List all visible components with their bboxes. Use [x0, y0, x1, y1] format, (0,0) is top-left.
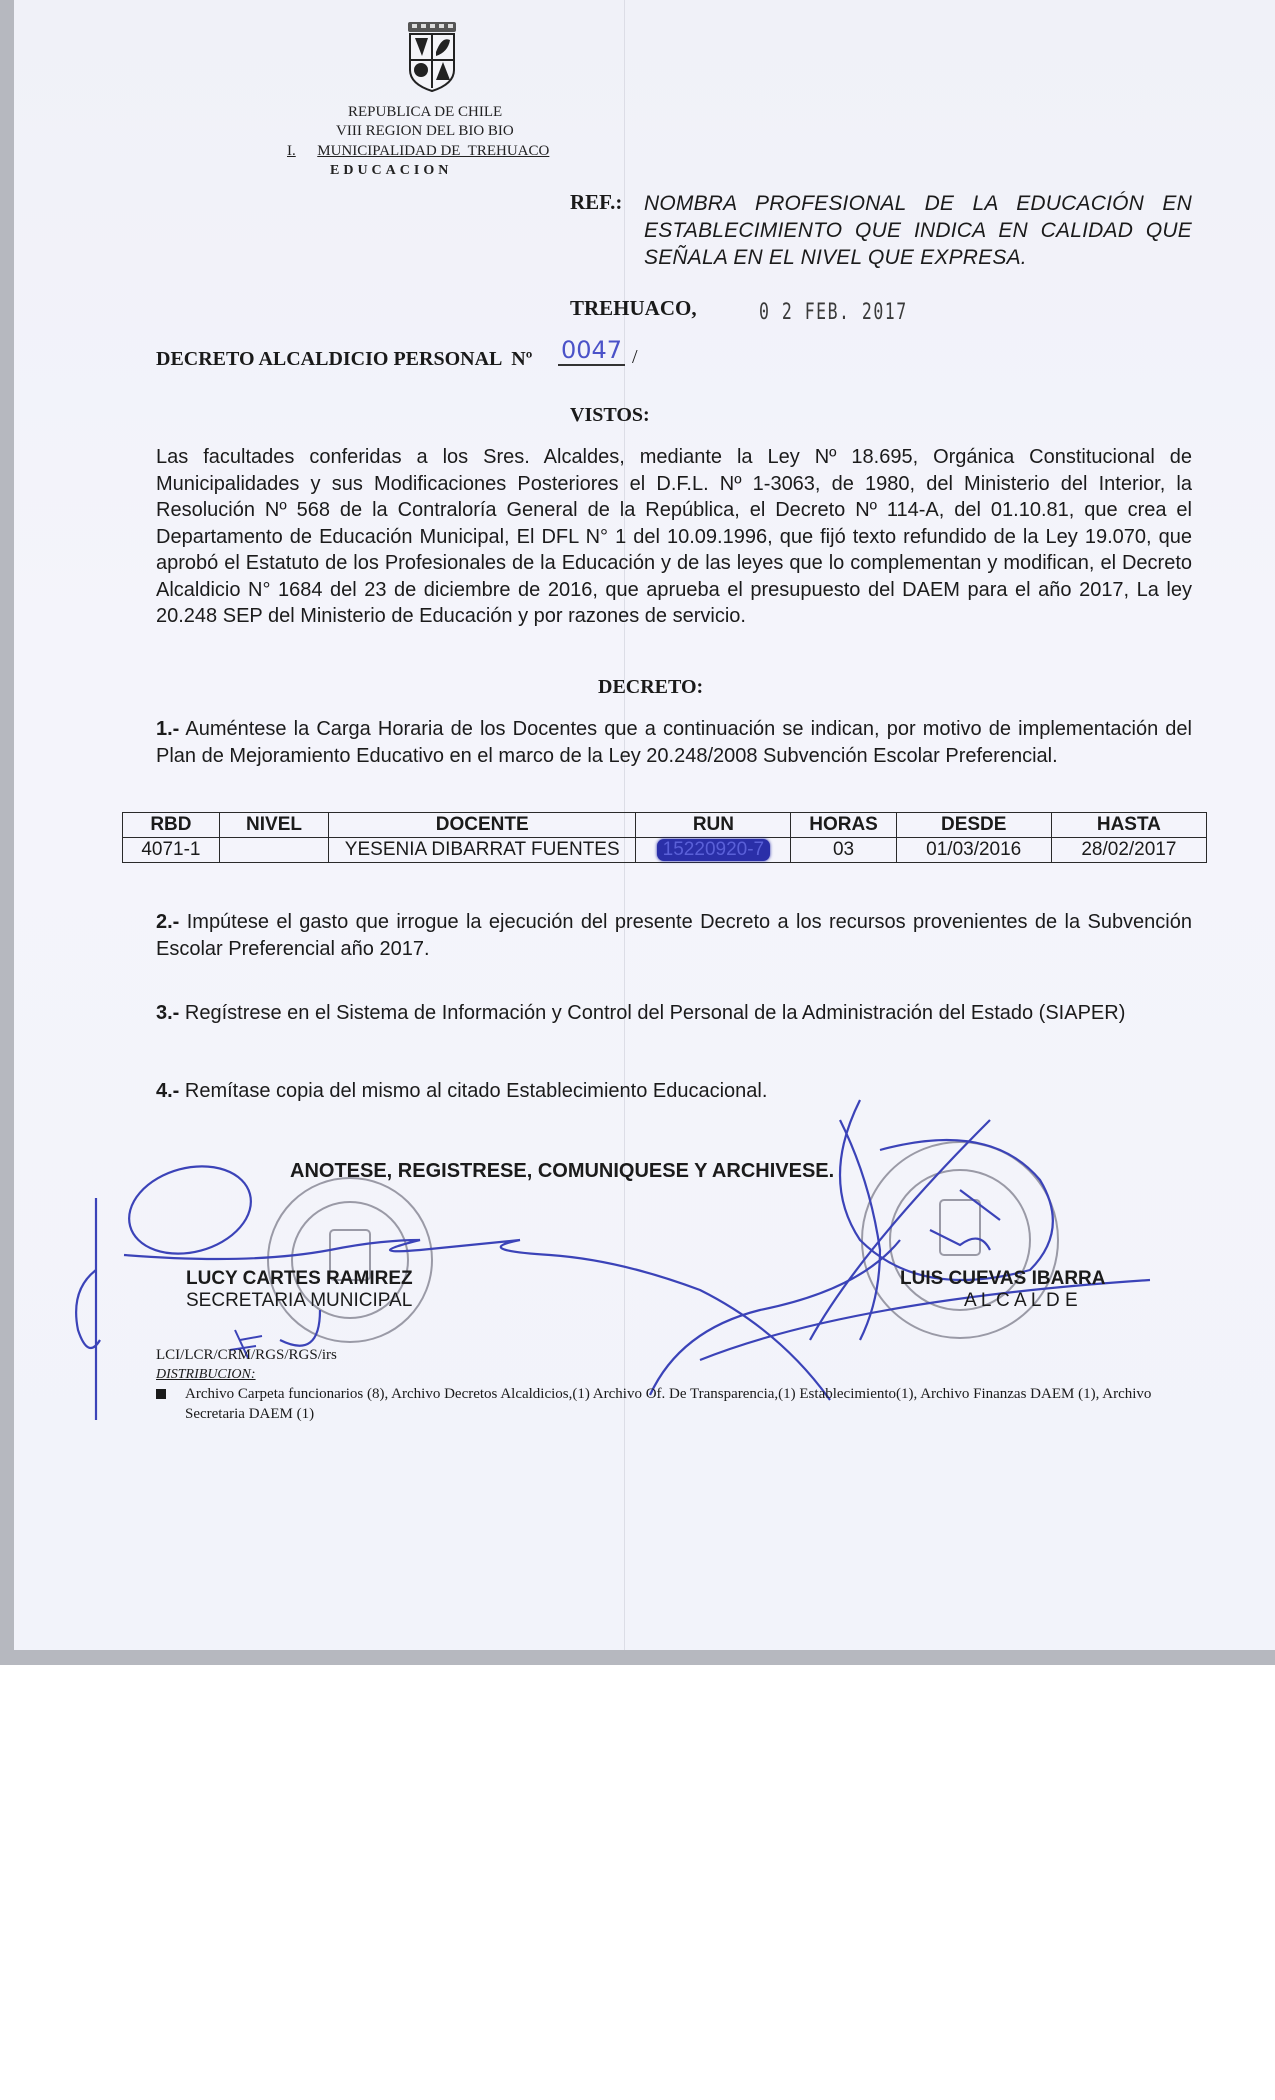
header-municipality: I. MUNICIPALIDAD DE TREHUACO [287, 143, 549, 160]
decree-number: 0047 [558, 336, 625, 366]
distribution-label: DISTRIBUCION: [156, 1367, 256, 1383]
table-row: 4071-1 YESENIA DIBARRAT FUENTES 15220920… [123, 838, 1207, 863]
coat-of-arms-icon [404, 22, 460, 92]
cell-hasta: 28/02/2017 [1051, 838, 1206, 863]
ref-label: REF.: [570, 190, 622, 215]
decree-slash: / [632, 346, 638, 369]
signatory-right-name: LUIS CUEVAS IBARRA [900, 1268, 1106, 1290]
col-docente: DOCENTE [329, 813, 636, 838]
item-number: 2.- [156, 911, 179, 933]
header-region: VIII REGION DEL BIO BIO [336, 123, 514, 140]
distribution-text: Archivo Carpeta funcionarios (8), Archiv… [185, 1384, 1195, 1424]
header-department: EDUCACION [330, 163, 452, 179]
cell-docente: YESENIA DIBARRAT FUENTES [329, 838, 636, 863]
decreto-item-2: 2.- Impútese el gasto que irrogue la eje… [156, 909, 1192, 962]
cell-rbd: 4071-1 [123, 838, 220, 863]
decreto-heading: DECRETO: [598, 676, 703, 699]
item-number: 4.- [156, 1080, 179, 1102]
cell-nivel [219, 838, 328, 863]
cell-desde: 01/03/2016 [896, 838, 1051, 863]
decreto-item-3: 3.- Regístrese en el Sistema de Informac… [156, 1000, 1192, 1027]
signatory-left: LUCY CARTES RAMIREZ SECRETARIA MUNICIPAL [186, 1268, 413, 1312]
decreto-item-4: 4.- Remítase copia del mismo al citado E… [156, 1078, 1192, 1105]
item-text: Impútese el gasto que irrogue la ejecuci… [156, 911, 1192, 960]
table-header-row: RBD NIVEL DOCENTE RUN HORAS DESDE HASTA [123, 813, 1207, 838]
header-country: REPUBLICA DE CHILE [348, 104, 502, 121]
closing-formula: ANOTESE, REGISTRESE, COMUNIQUESE Y ARCHI… [290, 1160, 834, 1183]
decreto-item-1: 1.- Auméntese la Carga Horaria de los Do… [156, 716, 1192, 769]
item-text: Remítase copia del mismo al citado Estab… [179, 1080, 767, 1102]
item-number: 1.- [156, 718, 179, 740]
initials: LCI/LCR/CRM/RGS/RGS/irs [156, 1347, 337, 1364]
ref-text: NOMBRA PROFESIONAL DE LA EDUCACIÓN EN ES… [644, 190, 1192, 271]
signatory-right-role: A L C A L D E [900, 1290, 1106, 1312]
decree-title: DECRETO ALCALDICIO PERSONAL Nº [156, 348, 532, 371]
municipality-name: MUNICIPALIDAD DE TREHUACO [317, 143, 549, 159]
bullet-icon [156, 1389, 166, 1399]
redacted-run: 15220920-7 [657, 839, 770, 861]
item-text: Regístrese en el Sistema de Información … [179, 1002, 1125, 1024]
municipality-prefix: I. [287, 143, 296, 159]
teacher-table: RBD NIVEL DOCENTE RUN HORAS DESDE HASTA … [122, 812, 1207, 863]
col-run: RUN [636, 813, 791, 838]
item-text: Auméntese la Carga Horaria de los Docent… [156, 718, 1192, 767]
cell-horas: 03 [791, 838, 896, 863]
col-hasta: HASTA [1051, 813, 1206, 838]
item-number: 3.- [156, 1002, 179, 1024]
date-stamp: 0 2 FEB. 2017 [759, 300, 908, 325]
col-rbd: RBD [123, 813, 220, 838]
signatory-left-role: SECRETARIA MUNICIPAL [186, 1290, 413, 1312]
signatory-right: LUIS CUEVAS IBARRA A L C A L D E [900, 1268, 1106, 1312]
cell-run: 15220920-7 [636, 838, 791, 863]
col-nivel: NIVEL [219, 813, 328, 838]
vistos-text: Las facultades conferidas a los Sres. Al… [156, 444, 1192, 630]
place: TREHUACO, [570, 296, 697, 321]
col-horas: HORAS [791, 813, 896, 838]
vistos-heading: VISTOS: [570, 404, 650, 427]
signatory-left-name: LUCY CARTES RAMIREZ [186, 1268, 413, 1290]
col-desde: DESDE [896, 813, 1051, 838]
